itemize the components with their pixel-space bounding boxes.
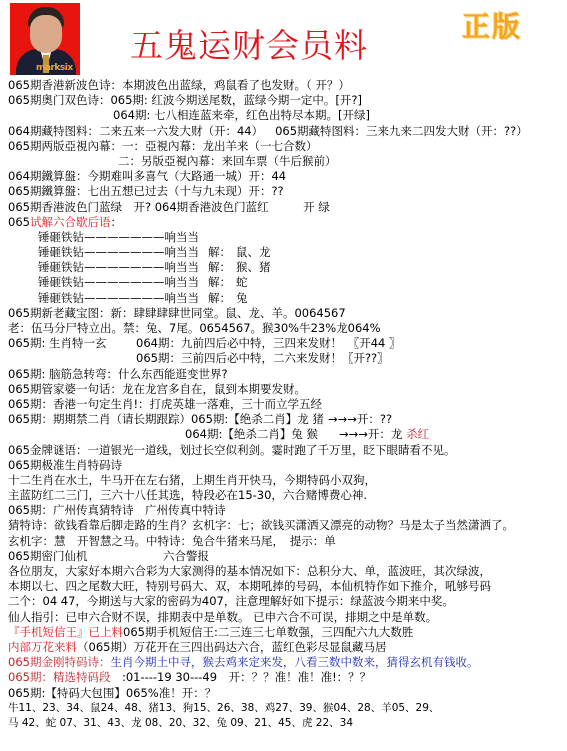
text-segment: →→→开：龙: [339, 427, 406, 441]
text-segment: →→→开：??: [328, 412, 392, 426]
riddle-text: 锤砸铁钻———————响当当: [38, 245, 208, 260]
section-title: 试解六合歇后语: [30, 215, 111, 229]
text-segment: 064期：九前四后必中特，三四来发财！ 〖开44 〗: [136, 336, 401, 350]
text-segment: 065期: 生肖特一玄: [8, 336, 136, 351]
text-line: 064期:【绝杀二肖】兔 猴→→→开：龙 杀红: [8, 427, 567, 442]
number-list: 牛11、23、34、鼠24、48、猪13、狗15、26、38、鸡27、39、猴0…: [8, 701, 567, 716]
text-line: 猜特诗：欲钱看靠后脚走路的生肖？玄机字：七；欲钱买潇洒又漂亮的动物？马是太子当然…: [8, 518, 567, 533]
text-line: 065期新老藏宝图：新：肆肆肆肆世同堂。鼠、龙、羊。0064567: [8, 306, 567, 321]
number-list: 马 42、蛇 07、31、43、龙 08、20、32、兔 09、21、45、虎 …: [8, 716, 567, 731]
text-line: 仙人指引：已申六合财不误，排期表中是单数。 已申六合不可误，排期之中是单数。: [8, 610, 567, 625]
riddle-answer: 鼠、龙: [236, 245, 271, 259]
page-header: marksix 五鬼运财会员料 正版: [0, 0, 567, 78]
text-segment: 065期：期期禁二肖（请长期跟踪）065期:【绝杀二肖】龙 猪: [8, 412, 328, 427]
text-segment: :01----19 30---49 开：？？准！准！准!：？？: [110, 670, 371, 684]
text-line: 065期:【特码大包围】065%准！开：？: [8, 686, 567, 701]
text-segment: 064期:【绝杀二肖】兔 猴: [8, 427, 339, 442]
text-line: 065期：三前四后必中特，二六来发财！〖开??〗: [8, 351, 567, 366]
text-segment: 065期手机短信王:二三连三七单数强，三四配六九大数胜: [123, 625, 413, 639]
text-line: 065期金刚特码诗：生肖今期土中寻，猴去鸡来定来发，八看三数中数来，猜得玄机有钱…: [8, 655, 567, 670]
riddle-text: 锤砸铁钻———————响当当: [38, 275, 208, 290]
riddle-answer-label: 解：: [208, 291, 236, 306]
highlight-text: 065期：精选特码段: [8, 670, 110, 684]
text-line: 065期: 生肖特一玄064期：九前四后必中特，三四来发财！ 〖开44 〗: [8, 336, 567, 351]
riddle-row: 锤砸铁钻———————响当当解：兔: [8, 291, 567, 306]
text-line: 二：另版亞視內幕：来回车票（牛后猴前）: [8, 154, 567, 169]
text-line: 064期藏特图料：二来五来一六发大财（开：44）065期藏特图料：三来九来二四发…: [8, 124, 567, 139]
riddle-row: 锤砸铁钻———————响当当: [8, 230, 567, 245]
avatar: marksix: [10, 3, 80, 75]
text-line: 065期：精选特码段 :01----19 30---49 开：？？准！准！准!：…: [8, 670, 567, 685]
text-line: 065期香港波色门蓝绿 开? 064期香港波色门蓝红 开 绿: [8, 200, 567, 215]
text-line: 064期: 七八相连蓝来牵，红色出特尽本期。[开绿]: [8, 108, 567, 123]
avatar-brand: marksix: [36, 63, 73, 73]
text-line: 065期: 脑筋急转弯：什么东西能逛变世界?: [8, 367, 567, 382]
text-line: 老：伍马分尸特立出。禁：兔、7尾。0654567。猴30%牛23%龙064%: [8, 321, 567, 336]
text-line: 065期极准生肖特码诗: [8, 458, 567, 473]
text-line: 『手机短信王』已上料065期手机短信王:二三连三七单数强，三四配六九大数胜: [8, 625, 567, 640]
riddle-answer-label: 解：: [208, 260, 236, 275]
text-segment: 064期藏特图料：二来五来一六发大财（开：44）: [8, 124, 263, 138]
text-line: 065期密门仙机六合警报: [8, 549, 567, 564]
text-line: 065期两版亞視內幕：一：亞視內幕：龙出羊来（一七合数）: [8, 139, 567, 154]
riddle-answer-label: 解：: [208, 245, 236, 260]
text-segment: （065期）万花开在三四出码达六合，蓝红色彩尽显鼠藏马居: [77, 640, 386, 654]
text-segment: 065期密门仙机: [8, 549, 163, 564]
text-line: 065期奥门双色诗：065期: 红波今期送尾数，蓝绿今期一定中。[开?]: [8, 93, 567, 108]
text-line: 065试解六合歇后语：: [8, 215, 567, 230]
text-line: 各位朋友，大家好本期六合彩为大家测得的基本情况如下：总积分大、单，蓝波旺，其次绿…: [8, 564, 567, 579]
text-line: 玄机字：慧 开智慧之马。中特诗：兔合牛猪来马尾， 提示：单: [8, 534, 567, 549]
text-segment: ：: [110, 215, 122, 229]
riddle-answer-label: 解：: [208, 275, 236, 290]
riddle-text: 锤砸铁钻———————响当当: [38, 260, 208, 275]
text-line: 065期管家婆一句话：龙在龙宫多自在，鼠到本期要发财。: [8, 382, 567, 397]
riddle-answer: 兔: [236, 291, 248, 305]
riddle-text: 锤砸铁钻———————响当当: [38, 291, 208, 306]
text-line: 内部万花来料（065期）万花开在三四出码达六合，蓝红色彩尽显鼠藏马居: [8, 640, 567, 655]
riddle-text: 锤砸铁钻———————响当当: [38, 230, 199, 244]
riddle-answer: 猴、猪: [236, 260, 271, 274]
poem-text: 生肖今期土中寻，猴去鸡来定来发，八看三数中数来，猜得玄机有钱收。: [110, 655, 478, 669]
text-segment: 065期藏特图料：三来九来二四发大财（开：??）: [275, 124, 528, 138]
highlight-text: 『手机短信王』已上料: [8, 625, 123, 639]
riddle-answer: 蛇: [236, 275, 248, 289]
text-line: 主蓝防红二三门，三六十八任其选，特段必在15-30，六合赌博费心神.: [8, 488, 567, 503]
text-line: 065期鐵算盤：七出五想已过去（十与九未现）开：??: [8, 184, 567, 199]
text-segment: 065: [8, 215, 30, 229]
text-line: 065期：期期禁二肖（请长期跟踪）065期:【绝杀二肖】龙 猪→→→开：??: [8, 412, 567, 427]
text-line: 065期：香港一句定生肖!：打虎英雄一落难，三十而立学五经: [8, 397, 567, 412]
text-line: 064期鐵算盤：今期难叫多喜气（大路通一城）开：44: [8, 169, 567, 184]
highlight-text: 杀红: [406, 427, 429, 441]
document-body: 065期香港新波色诗：本期波色出蓝绿，鸡鼠看了也发财。（ 开？） 065期奥门双…: [8, 78, 567, 731]
riddle-row: 锤砸铁钻———————响当当解：蛇: [8, 275, 567, 290]
text-line: 065期：广州传真猜特诗 广州传真中特诗: [8, 503, 567, 518]
riddle-row: 锤砸铁钻———————响当当解：鼠、龙: [8, 245, 567, 260]
text-line: 十二生肖在水土，牛马开在左右猪，上期生肖开快马，今期特码小双狗，: [8, 473, 567, 488]
highlight-text: 内部万花来料: [8, 640, 77, 654]
text-line: 065期香港新波色诗：本期波色出蓝绿，鸡鼠看了也发财。（ 开？）: [8, 78, 567, 93]
authentic-stamp: 正版: [462, 5, 522, 45]
page-title: 五鬼运财会员料: [130, 20, 368, 67]
text-line: 本期以七、四之尾数大旺，特别号码大、双，本期吼捧的号码，本仙机特作如下推介，吼够…: [8, 579, 567, 594]
text-segment: 六合警报: [163, 549, 209, 563]
text-line: 二个：04 47，今期送与大家的密码为407，注意理解好如下提示：绿蓝波今期来中…: [8, 594, 567, 609]
riddle-row: 锤砸铁钻———————响当当解：猴、猪: [8, 260, 567, 275]
text-line: 065金牌谜语：一道银光一道线，划过长空似利剑。霎时跑了千万里，眨下眼睛看不见。: [8, 443, 567, 458]
highlight-text: 065期金刚特码诗：: [8, 655, 110, 669]
